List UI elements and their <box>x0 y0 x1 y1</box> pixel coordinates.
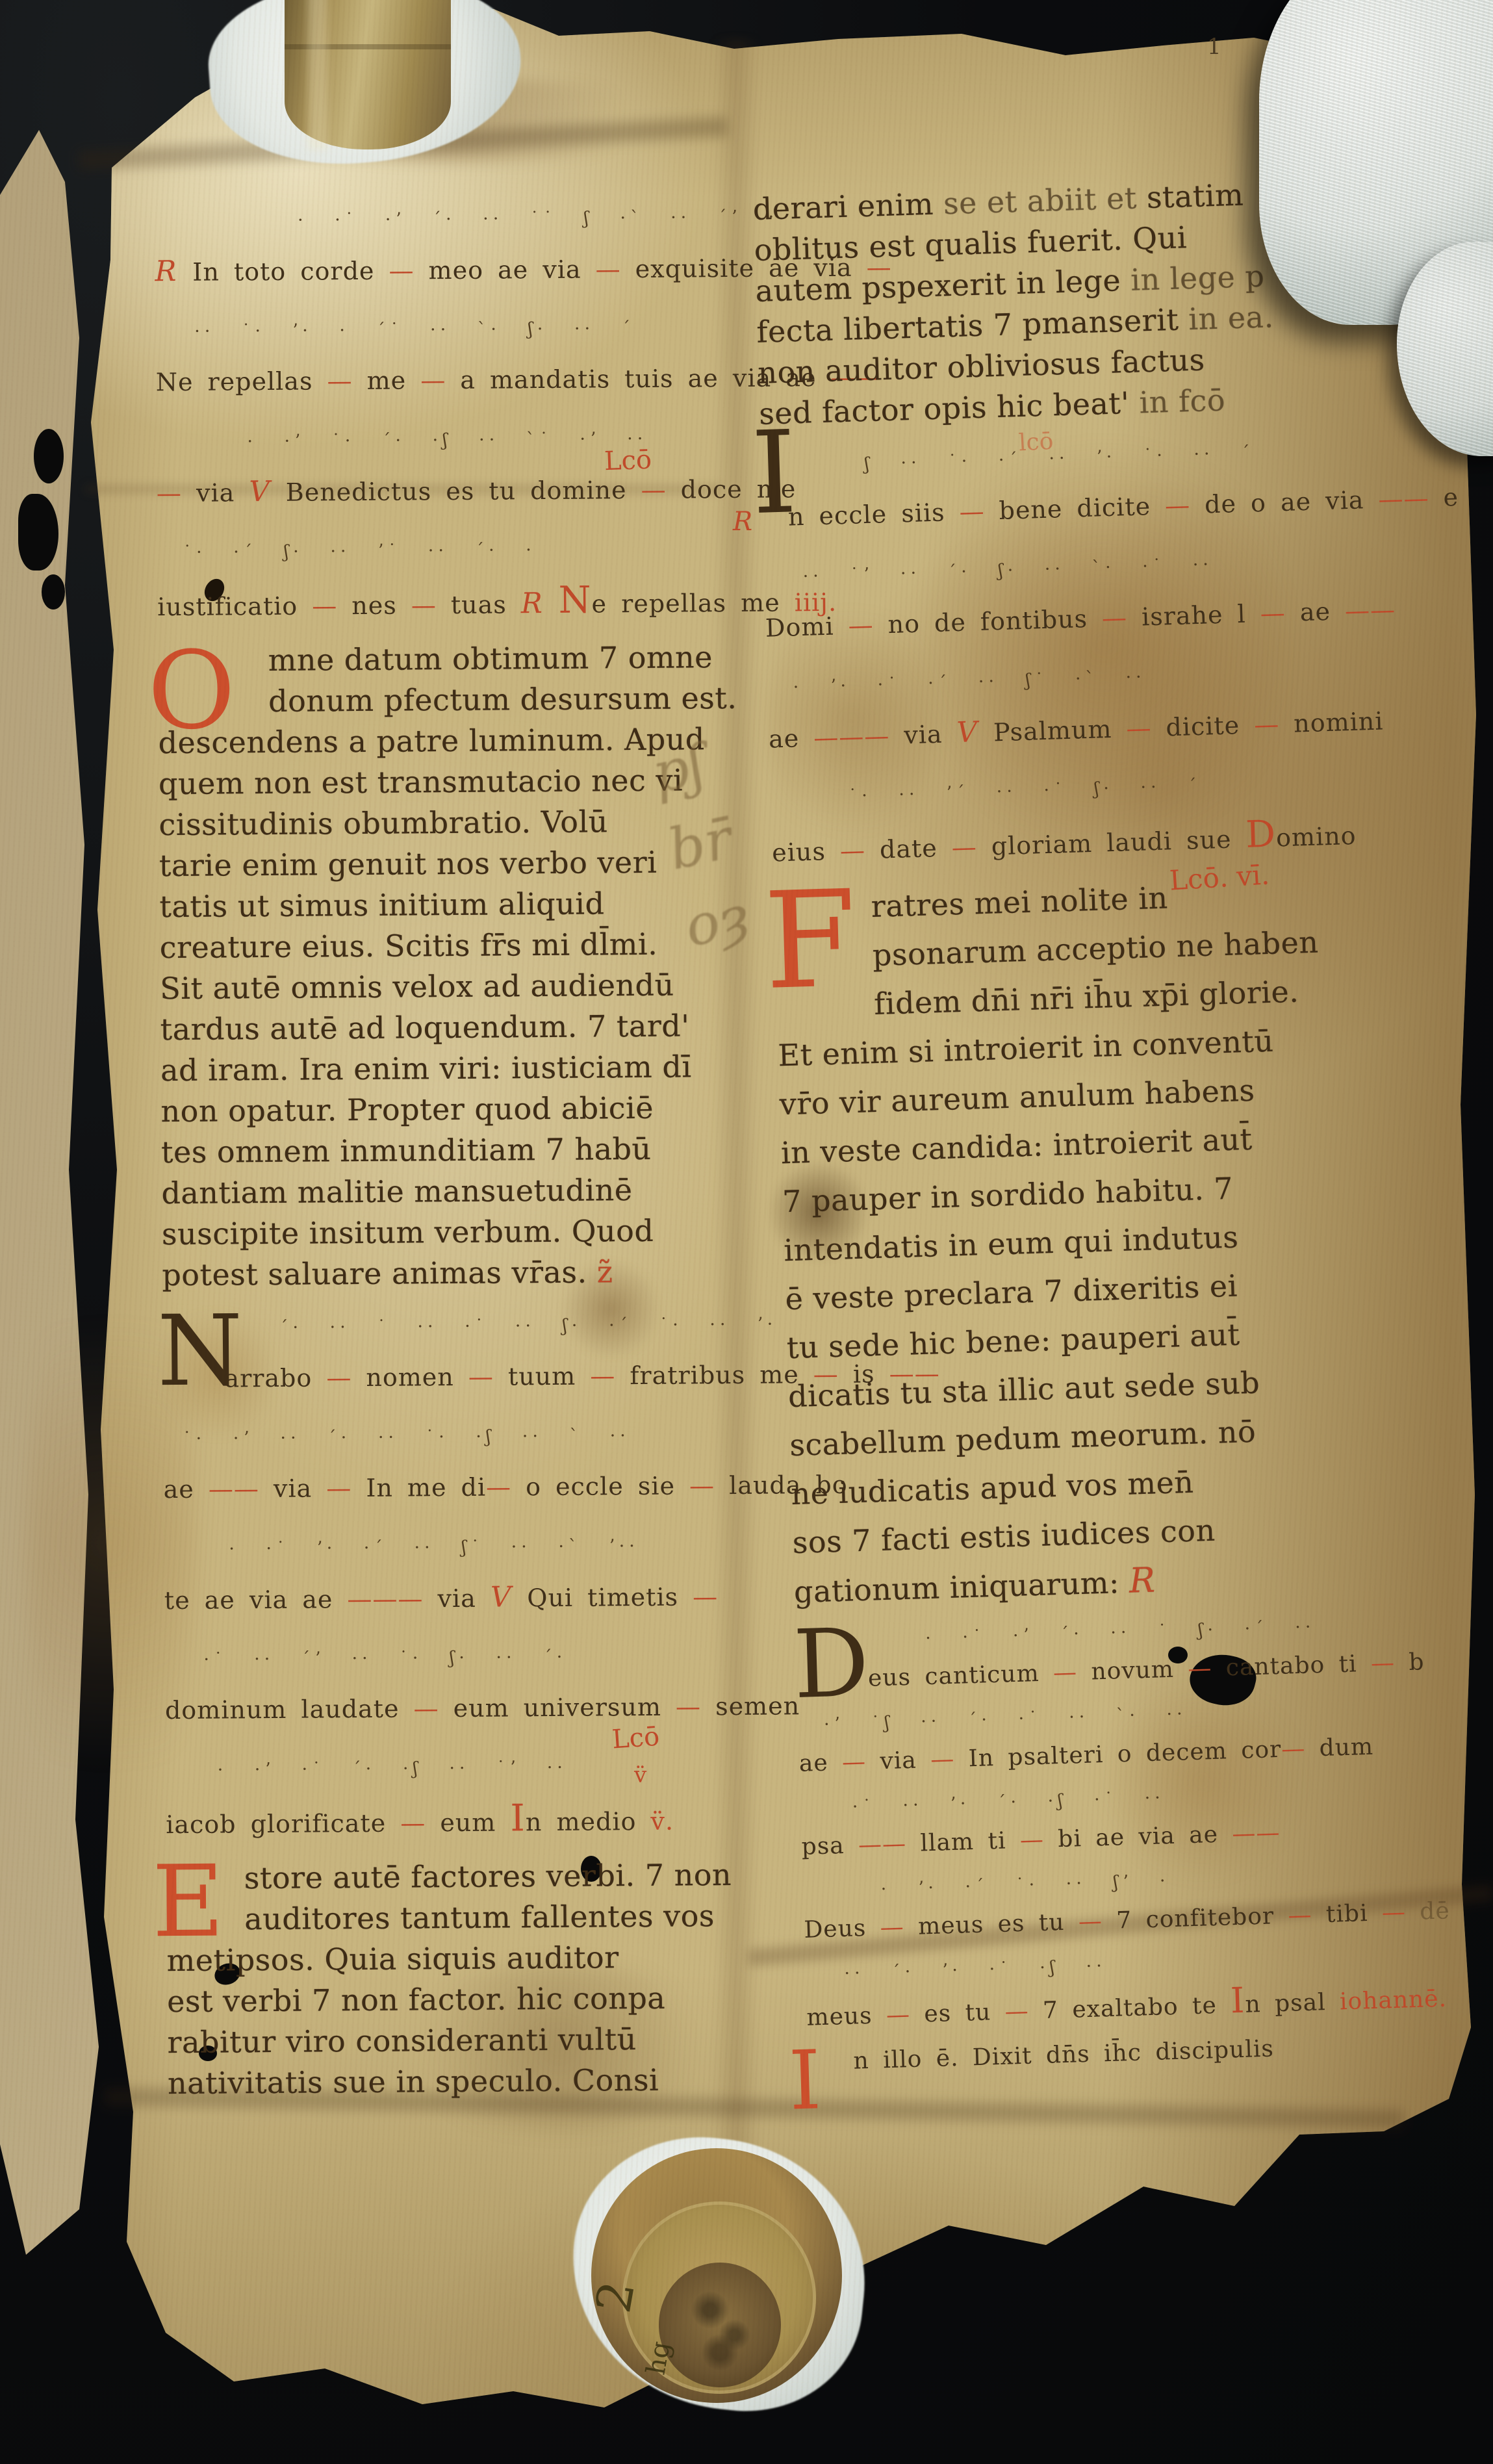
rubric-lectio-faint: lcō <box>1018 428 1054 457</box>
text-segment: omino <box>1276 821 1357 853</box>
text-segment: — <box>930 1746 955 1773</box>
text-segment: v̈. <box>650 1807 674 1836</box>
illuminated-initial: I <box>788 2040 823 2122</box>
text-segment: potest saluare animas vr̄as. <box>162 1255 587 1293</box>
text-segment: scabellum pedum meorum. nō <box>789 1414 1257 1463</box>
text-segment: — <box>468 1363 494 1391</box>
text-segment: novum <box>1077 1656 1188 1686</box>
text-segment: —— <box>1378 483 1429 513</box>
manuscript-text-line: auditores tantum fallentes vos <box>166 1896 754 1941</box>
text-segment: eum <box>426 1808 510 1837</box>
text-segment: ad iram. Ira enim viri: iusticiam dī <box>160 1049 692 1088</box>
weight-highlight <box>308 0 327 149</box>
text-segment: ——— <box>813 721 890 752</box>
manuscript-text-line: — via V Benedictus es tu domine — doce m… <box>157 466 745 526</box>
text-segment: cissitudinis obumbratio. Volū <box>159 804 608 842</box>
text-segment: n illo ē. <box>853 2044 973 2074</box>
text-segment: Dixit dn̄s ih̄c discipulis <box>972 2035 1274 2071</box>
neume-line: · ·ʼ ˙· ˊ· ·ʃ ·· ˋ˙ ·ʼ ·· <box>156 411 745 470</box>
manuscript-section: Fratres mei nolite inpsonarum acceptio n… <box>773 870 1379 1618</box>
text-segment: de o ae via <box>1190 485 1379 520</box>
text-segment: tardus autē ad loquendum. 7 tard' <box>160 1008 690 1047</box>
text-segment: via <box>259 1474 327 1503</box>
text-segment: psa <box>801 1832 859 1860</box>
text-segment: dantiam malitie mansuetudinē <box>161 1172 632 1211</box>
text-segment: meo ae via <box>414 255 595 285</box>
text-segment: I <box>510 1797 526 1840</box>
text-segment: R <box>521 587 559 620</box>
text-segment: intendatis in eum qui indutus <box>784 1220 1239 1268</box>
text-segment: Benedictus es tu domine <box>286 476 641 507</box>
text-segment: via <box>889 719 958 750</box>
text-segment: est verbi 7 non factor. hic conpa <box>167 1981 665 2019</box>
text-segment: dum <box>1305 1734 1374 1762</box>
text-segment: fidem dn̄i nr̄i ih̄u xp̄i glorie. <box>873 974 1299 1021</box>
text-segment: iacob glorificate <box>166 1809 400 1840</box>
text-segment: — <box>1254 710 1280 739</box>
text-segment: in veste candida: introierit aut̄ <box>780 1122 1253 1171</box>
weight-knob <box>659 2263 781 2387</box>
manuscript-text-line: te ae via ae ——— via V Qui timetis — <box>164 1573 753 1633</box>
text-segment: — <box>312 591 337 620</box>
folio-mark: 1 <box>1207 34 1221 60</box>
text-segment: — <box>1260 598 1286 628</box>
text-segment: z̃ <box>587 1254 613 1289</box>
text-segment: se et abiit et <box>943 180 1147 221</box>
text-segment: eum universum <box>439 1693 676 1723</box>
text-segment: —— <box>1232 1819 1281 1847</box>
text-segment: meus es tu <box>904 1908 1078 1940</box>
text-segment: meus <box>806 2002 887 2031</box>
rubric-lectio: Lcō <box>604 445 652 477</box>
text-segment: — <box>1019 1827 1044 1854</box>
rubric-lectio: Lcō <box>611 1722 660 1755</box>
illuminated-initial: D <box>792 1616 871 1712</box>
text-segment: autem pspexerit in lege <box>755 263 1131 309</box>
text-segment: — <box>420 366 446 394</box>
manuscript-text-line: potest saluare animas vr̄as. z̃ <box>162 1251 750 1296</box>
text-segment: — <box>595 255 620 283</box>
neume-line: · ·˙ ʼ· ·ˊ ·· ʃ˙ ·· ·ˋ ʼ·· <box>164 1519 752 1577</box>
parchment-hole <box>42 574 65 610</box>
text-segment: Qui timetis <box>527 1582 693 1612</box>
text-column-left: · ·˙ ·ʼ ˊ· ·· ˙˙ ʃ ·ˋ ·· ˊʼ ·R In toto c… <box>155 190 756 2110</box>
manuscript-text-line: Ne repellas — me — a mandatis tuis ae vi… <box>155 355 744 415</box>
text-segment: V <box>491 1580 528 1613</box>
text-segment: suscipite insitum verbum. Quod <box>162 1213 654 1251</box>
text-segment: — <box>848 611 874 640</box>
text-segment: te ae via ae <box>164 1585 348 1615</box>
text-segment: — <box>1288 1902 1312 1929</box>
text-segment: b <box>1394 1649 1425 1676</box>
manuscript-text-line: metipsos. Quia siquis auditor <box>166 1937 754 1982</box>
text-segment: — <box>1126 713 1152 743</box>
text-segment: — <box>841 1749 866 1776</box>
text-segment: statim <box>1146 177 1244 215</box>
text-segment: gationum iniquarum: <box>793 1565 1130 1610</box>
illuminated-initial: O <box>147 637 235 745</box>
text-segment: date <box>865 833 952 864</box>
text-segment: gloriam laudi sue <box>976 825 1246 861</box>
text-segment: quem non est transmutacio nec vi <box>159 763 683 802</box>
text-segment: n eccle siis <box>787 498 960 532</box>
text-segment: — <box>1281 1736 1306 1763</box>
text-segment: — <box>411 591 437 619</box>
neume-line: · ·ʼ ·˙ ˊ· ·ʃ ·· ˙ʼ ·· <box>165 1739 754 1798</box>
text-segment: dicatis tu sta illic aut sede sub <box>787 1365 1260 1415</box>
text-segment: nomini <box>1279 707 1384 739</box>
manuscript-text-line: cissitudinis obumbratio. Volū <box>159 801 746 846</box>
text-segment: R <box>155 255 192 288</box>
manuscript-text-line: iustificatio — nes — tuas R Ne repellas … <box>157 576 746 636</box>
text-segment: n medio <box>526 1807 651 1836</box>
text-segment: —— <box>1344 595 1396 625</box>
manuscript-text-line: dominum laudate — eum universum — semen <box>165 1684 754 1743</box>
illuminated-initial: F <box>762 873 858 1009</box>
text-segment: R <box>1129 1561 1156 1601</box>
manuscript-section: · ·˙ ·ʼ ˊ· ·· ˙˙ ʃ ·ˋ ·· ˊʼ ·R In toto c… <box>155 190 746 636</box>
text-segment: ratres mei nolite in <box>871 880 1168 925</box>
text-segment: llam ti <box>906 1827 1020 1857</box>
manuscript-text-line: mne datum obtimum 7 omne <box>158 637 746 682</box>
text-segment: V <box>249 475 286 508</box>
text-segment: tu sede hic bene: pauperi aut̄ <box>786 1317 1240 1366</box>
parchment-hole <box>18 494 58 571</box>
text-segment: In toto corde <box>192 257 389 287</box>
text-segment: store autē factores verbi. 7 non <box>244 1857 732 1895</box>
text-segment: o eccle sie <box>511 1471 689 1501</box>
text-segment: vr̄o vir aureum anulum habens <box>779 1073 1255 1122</box>
text-segment: — <box>400 1808 426 1837</box>
manuscript-text-line: creature eius. Scitis fr̄s mi dl̄mi. <box>160 924 748 969</box>
manuscript-text-line: non opatur. Propter quod abiciē <box>160 1088 748 1133</box>
text-segment: ē veste preclara 7 dixeritis ei <box>785 1268 1238 1317</box>
text-segment: cantabo ti <box>1212 1650 1372 1682</box>
manuscript-text-line: iacob glorificate — eum In medio v̈. <box>166 1794 754 1854</box>
manuscript-text-line: ae —— via — In me di— o eccle sie — laud… <box>163 1463 752 1522</box>
text-segment: — <box>886 2001 910 2029</box>
text-segment: e <box>1429 483 1459 512</box>
manuscript-text-line: arrabo — nomen — tuum — fratribus me — i… <box>162 1352 751 1412</box>
text-segment: nomen <box>351 1363 468 1392</box>
text-segment: — <box>590 1361 615 1390</box>
text-segment: In psalteri o decem cor <box>954 1736 1282 1773</box>
text-segment: Sit autē omnis velox ad audiendū <box>160 968 674 1007</box>
text-segment: rabitur viro consideranti vultū <box>167 2021 637 2060</box>
manuscript-section: Iʃ ·· ˙· ·ˊ ·· ʼ· ˙· ·· ˊn eccle siis — … <box>759 423 1357 882</box>
manuscript-text-line: ad iram. Ira enim viri: iusticiam dī <box>160 1047 748 1092</box>
photograph-canvas: · ·˙ ·ʼ ˊ· ·· ˙˙ ʃ ·ˋ ·· ˊʼ ·R In toto c… <box>0 0 1493 2464</box>
manuscript-section: D· ·˙ ·ʼ ˊ· ·· ˙ ʃ· ·ˊ ··eus canticum — … <box>795 1606 1392 2038</box>
manuscript-text-line: donum pfectum desursum est. <box>158 678 746 723</box>
rubric-responsory-mark: R <box>733 507 752 537</box>
text-segment: via <box>423 1584 491 1613</box>
text-segment: — <box>327 366 352 395</box>
text-segment: no de fontibus <box>873 604 1103 639</box>
text-column-right: derari enim se et abiit et statimoblitus… <box>752 172 1394 2093</box>
text-segment: — <box>641 476 666 504</box>
text-segment: auditores tantum fallentes vos <box>244 1898 715 1936</box>
text-segment: — <box>1078 1908 1103 1935</box>
text-segment: ae <box>798 1749 842 1777</box>
text-segment: Deus <box>804 1914 880 1943</box>
text-segment: nativitatis sue in speculo. Consi <box>168 2062 659 2101</box>
text-segment: tarie enim genuit nos verbo veri <box>159 845 657 883</box>
text-segment: creature eius. Scitis fr̄s mi dl̄mi. <box>160 927 658 965</box>
text-segment: ae <box>1285 597 1346 627</box>
manuscript-section: derari enim se et abiit et statimoblitus… <box>752 172 1344 435</box>
text-segment: — <box>1053 1659 1077 1686</box>
paperweight-bell: 2 hg <box>582 2148 855 2408</box>
text-segment: I <box>1230 1980 1245 2021</box>
manuscript-section: Nˊ· ·· ˙ ·· ·˙ ·· ʃ· ·ˊ ˙· ·· ʼ·arrabo —… <box>162 1298 754 1854</box>
illuminated-initial: N <box>157 1302 243 1400</box>
text-segment: in ea. <box>1188 299 1275 337</box>
text-segment: ne iudicatis apud vos men̄ <box>791 1465 1194 1511</box>
text-segment: — <box>1188 1655 1212 1682</box>
manuscript-section: Estore autē factores verbi. 7 nonauditor… <box>166 1855 756 2105</box>
text-segment: — <box>689 1471 715 1500</box>
manuscript-text-line: store autē factores verbi. 7 non <box>166 1855 754 1900</box>
manuscript-text-line: tes omnem inmunditiam 7 habū <box>161 1129 749 1174</box>
text-segment: tatis ut simus initium aliquid <box>159 886 604 924</box>
text-segment: semen <box>701 1691 800 1721</box>
manuscript-text-line: rabitur viro consideranti vultū <box>167 2019 755 2064</box>
text-segment: tibi <box>1312 1899 1383 1928</box>
text-segment: tuas <box>437 590 521 619</box>
text-segment: — <box>486 1472 511 1501</box>
text-segment: — <box>880 1914 904 1941</box>
text-segment: — <box>676 1692 701 1721</box>
text-segment: — <box>326 1474 351 1502</box>
neume-line: ·˙ ·· ˊʼ ·· ˙· ʃ· ·· ˊ· <box>164 1629 753 1688</box>
text-segment: eus canticum <box>867 1660 1053 1691</box>
text-segment: — <box>1004 1998 1029 2025</box>
illuminated-initial: E <box>152 1853 225 1952</box>
text-segment: in fcō <box>1139 383 1226 420</box>
neume-line: ˙· ·ʼ ·· ˊ· ·· ˙· ·ʃ ·· ˋ ·· <box>163 1408 752 1467</box>
text-segment: In me di <box>351 1473 486 1502</box>
text-segment: bene dicite <box>984 491 1166 525</box>
text-segment: iohannē. <box>1339 1986 1447 2016</box>
text-segment: psonarum acceptio ne haben <box>872 925 1319 973</box>
text-segment: — <box>1164 491 1190 520</box>
text-segment: descendens a patre luminum. Apud <box>158 721 705 760</box>
text-segment: — <box>839 836 865 865</box>
text-segment: 7 pauper in sordido habitu. 7 <box>782 1171 1233 1220</box>
text-segment: iustificatio <box>157 592 312 622</box>
manuscript-text-line: dantiam malitie mansuetudinē <box>161 1170 749 1214</box>
manuscript-text-line: tarie enim genuit nos verbo veri <box>159 842 747 887</box>
paperweight-cylinder <box>285 0 451 149</box>
text-segment: metipsos. Quia siquis auditor <box>167 1940 619 1978</box>
manuscript-text-line: Sit autē omnis velox ad audiendū <box>160 965 748 1010</box>
text-segment: Psalmum <box>993 714 1127 747</box>
manuscript-text-line: suscipite insitum verbum. Quod <box>162 1211 750 1255</box>
rubric-verse-mark: v̈ <box>634 1762 646 1788</box>
text-segment: —— <box>858 1830 906 1858</box>
text-segment: tuum <box>494 1362 591 1391</box>
neume-line: ˊ· ·· ˙ ·· ·˙ ·· ʃ· ·ˊ ˙· ·· ʼ· <box>162 1298 751 1356</box>
text-segment: dicite <box>1151 710 1255 742</box>
text-segment: via <box>196 478 249 507</box>
illuminated-initial: I <box>750 416 798 531</box>
text-segment: in lege p <box>1130 259 1265 298</box>
text-segment: — <box>389 256 414 285</box>
text-segment: — <box>959 497 985 526</box>
text-segment: donum pfectum desursum est. <box>268 680 737 719</box>
text-segment: mne datum obtimum 7 omne <box>268 639 713 678</box>
weight-unit: hg <box>641 2339 676 2378</box>
text-segment: V <box>956 715 994 749</box>
text-segment: bi ae via ae <box>1043 1821 1232 1853</box>
text-segment: Ne repellas <box>156 366 327 396</box>
text-segment: — <box>1370 1650 1395 1677</box>
neume-line: · ·˙ ·ʼ ˊ· ·· ˙˙ ʃ ·ˋ ·· ˊʼ · <box>155 190 743 249</box>
parchment-hole <box>34 429 64 483</box>
text-segment: 7 exaltabo te <box>1028 1992 1231 2024</box>
text-segment: ae <box>768 724 814 754</box>
manuscript-text-line: est verbi 7 non factor. hic conpa <box>167 1978 755 2023</box>
manuscript-text-line: tatis ut simus initium aliquid <box>159 883 747 928</box>
text-segment: — <box>1101 603 1127 632</box>
manuscript-text-line: nativitatis sue in speculo. Consi <box>168 2060 756 2105</box>
text-segment: tes omnem inmunditiam 7 habū <box>161 1131 652 1170</box>
text-segment: Domi <box>765 611 849 643</box>
text-segment: es tu <box>910 1999 1005 2028</box>
text-segment: — <box>413 1694 439 1723</box>
manuscript-text-line: R In toto corde — meo ae via — exquisite… <box>155 245 743 305</box>
text-segment: — <box>951 832 977 862</box>
text-segment: via <box>865 1747 930 1775</box>
manuscript-text-line: tardus autē ad loquendum. 7 tard' <box>160 1006 748 1051</box>
text-segment: n psal <box>1245 1988 1340 2018</box>
text-segment: — <box>693 1582 718 1611</box>
text-segment: sos 7 facti estis iudices con <box>792 1513 1216 1560</box>
text-segment: ——— <box>347 1584 423 1613</box>
text-segment: —— <box>209 1474 259 1504</box>
text-segment: nes <box>337 591 411 620</box>
text-segment: — <box>326 1363 351 1392</box>
text-segment: me <box>352 366 420 395</box>
text-segment: dē <box>1405 1897 1450 1925</box>
text-segment: D <box>1245 813 1277 856</box>
text-segment: israhe l <box>1127 599 1260 632</box>
text-segment: — <box>1381 1899 1406 1926</box>
text-segment: ae <box>163 1475 209 1504</box>
neume-line: ˙· ·ˊ ʃ· ·· ʼ˙ ·· ˊ· · <box>157 522 745 580</box>
text-segment: fratribus me <box>615 1360 813 1390</box>
text-segment: non opatur. Propter quod abiciē <box>160 1090 654 1129</box>
text-segment: N <box>558 579 591 622</box>
text-segment: — <box>157 479 196 507</box>
text-segment: Et enim si introierit in conventū <box>778 1023 1274 1073</box>
rubric-lectio-vi: Lcō. vī. <box>1169 858 1271 896</box>
text-segment: dominum laudate <box>165 1694 414 1725</box>
text-segment: derari enim <box>752 186 944 227</box>
neume-line: ·· ˙· ʼ· · ˊ˙ ·· ˋ· ʃ· ·· ˊ <box>155 301 744 359</box>
text-segment: 7 confitebor <box>1102 1903 1288 1934</box>
